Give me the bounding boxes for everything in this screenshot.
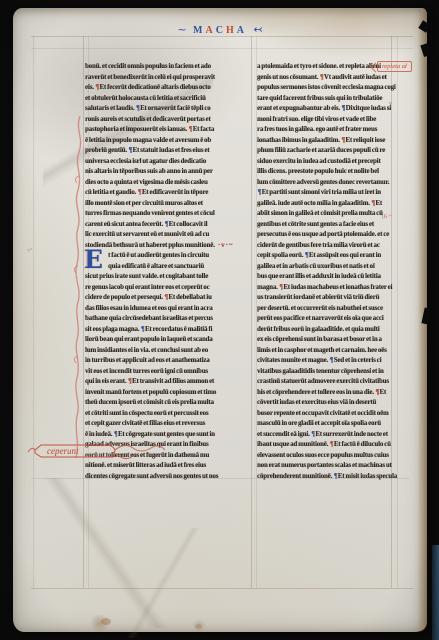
text-line: ronis aureis et scutulis et dedicaverūt … [85,115,250,126]
text-line: bus que erant illis et adduxit in iudeā … [257,272,400,283]
text-line: re genus iacob qui erant inter eos et ce… [85,283,250,294]
text-line: limis et in casphor et mageth et carnaim… [257,346,400,357]
text-line: his et cōprehendere et tollere eos in un… [257,388,400,399]
text-line: ionathas ibimus in galaaditim. ¶Et reliq… [257,136,400,147]
paraph-mark-icon: ¶ [127,378,132,385]
paraph-mark-icon: ¶ [279,284,284,291]
paraph-mark-icon: ¶ [140,326,145,333]
title-left-flourish: ~ [177,23,186,36]
text-line: liorū bean qui erant populo in laqueū et… [85,335,250,346]
text-line: galileā. iude autē octo milia in galaadi… [257,199,400,210]
text-line: raverūt et benedixerūt in celū ei qui pr… [85,73,250,84]
running-title: ~ macha ↢ [13,22,427,38]
text-line: lum insidiantes ei in via. et conclusi s… [85,346,250,357]
text-line: cōvertit iudas et exercitus eius viā in … [257,398,400,409]
ruling-line [251,36,252,588]
text-line: cidere de populo et persequi. ¶Et debell… [85,293,250,304]
paraph-mark-icon: ¶ [341,105,346,112]
text-line: das filios esau in idumea et eos qui era… [85,304,250,315]
text-line: carent eū sicut antea fecerūt. ¶Et collo… [85,220,250,231]
text-line: invenit manū fortem et populū copiosum e… [85,388,250,399]
paraph-mark-icon: ¶ [188,126,193,133]
running-title-letters: macha [193,22,247,37]
marginal-nota-icon: v° [27,248,32,254]
text-line: gentibus et cōtrite sunt gentes a facie … [257,220,400,231]
text-line: ciderūt de gentibus fere tria milia viro… [257,241,400,252]
text-line: tare quid facerent fribus suis qui in tr… [257,94,400,105]
text-column-right: a ptolemaida et tyro et sidone. et reple… [257,62,400,482]
ruling-line [31,588,413,589]
text-line: turres firmas nequando venirent gentes e… [85,209,250,220]
title-letter: a [205,22,215,37]
title-letter: h [226,22,237,37]
text-line: dies octo a quinta et vigesima die mēsis… [85,178,250,189]
paraph-mark-icon: ¶ [371,200,376,207]
text-line: vit eos et incendit turres eorū igni cū … [85,367,250,378]
text-column-left: bonū. et cecidit omnis populus in faciem… [85,62,250,482]
text-line: ¶Et partiti sunt simoni viri tria milia … [257,188,400,199]
text-line: perūt eos pacifice et narraverūt eis oīa… [257,314,400,325]
text-line: dicentes cōgregate sunt adversū nos gent… [85,472,250,483]
text-line: crastinū statuerūt admovere exercitū civ… [257,377,400,388]
text-line: et obtulerūt holocausta cū letitia et sa… [85,94,250,105]
text-line: sit eos plaga magna. ¶Et recordatus ē ma… [85,325,250,336]
text-line: lum cōmittere adversū gentes donec rever… [257,178,400,189]
title-letter: c [216,22,226,37]
text-line: elevassent oculos suos ecce populus mult… [257,451,400,462]
text-line: per desertū. et occurrerūt eis nabuthei … [257,304,400,315]
paraph-mark-icon: ¶ [319,74,324,81]
paraph-mark-icon: ¶ [304,252,309,259]
title-right-flourish: ↢ [253,23,262,36]
paraph-mark-icon: ¶ [329,441,334,448]
text-line: masculū in ore gladii et accepit oīa spo… [257,419,400,430]
title-letter: m [193,22,205,37]
text-line: ex eis cōprehensi sunt in barasa et boso… [257,335,400,346]
text-line: in turribus et applicuit ad eos et anath… [85,356,250,367]
text-line: moni fratri suo. elige tibi viros et vad… [257,115,400,126]
text-line: nis altaris in tēporibus suis ab anno in… [85,167,250,178]
text-line: theū ducem ipsorū et cōmisit cū eis prel… [85,398,250,409]
paraph-mark-icon: ¶ [257,189,262,196]
parchment-leaf: ~ macha ↢ bonū. et cecidit omnis populus… [13,8,427,632]
background-object [432,545,439,640]
text-line: stodiendā bethsurā ut haberet pplus muni… [85,241,250,252]
text-line: universa ecclesia isrl ut agatur dies de… [85,157,250,168]
paraph-mark-icon: ¶ [128,147,133,154]
text-line: erant et expugnabantur ab eis. ¶Dixitque… [257,104,400,115]
text-line: lic exercitū ut servarent eū et munivit … [85,230,250,241]
text-line: vitatibus galaaditidis tenentur cōprehen… [257,367,400,378]
text-line: bonū. et cecidit omnis populus in faciem… [85,62,250,73]
text-line: t factū ē ut audierūt gentes in circuitu [85,251,250,262]
text-line: ē letitia in populo magna valde et avers… [85,136,250,147]
stain [101,618,111,625]
paraph-mark-icon: ¶ [341,137,346,144]
text-line: sicut prius irate sunt valde. et cogitab… [85,272,250,283]
text-line: populus sermones istos cōvenit ecclesia … [257,83,400,94]
stain [195,624,202,629]
text-line: et cepit gazer civitatē et filias eius e… [85,419,250,430]
paraph-mark-icon: ¶ [164,294,169,301]
text-line: cū letitia et gaudio. ¶Et edificaverūt i… [85,188,250,199]
paraph-mark-icon: ¶ [113,431,118,438]
text-line: ibant usque ad munitionē. ¶Et factū ē di… [257,440,400,451]
text-line: probriū gentiū. ¶Et statuit iudas et fre… [85,146,250,157]
chapter-numeral: ·v·~ [215,242,233,249]
text-line: bathane quia circūsedebant israelitas et… [85,314,250,325]
paraph-mark-icon: ¶ [329,357,334,364]
text-line: bosor repente et occupavit civitatē et o… [257,409,400,420]
text-line: pastophoria et imposuerūt eis ianuas. ¶E… [85,125,250,136]
text-line: salutaris et laudis. ¶Et ornaverūt faciē… [85,104,250,115]
crease [103,528,223,638]
text-line: magna. ¶Et iudas machabeus et ionathas f… [257,283,400,294]
text-line: cōprehenderent munitionē. ¶Et misit iuda… [257,472,400,483]
text-line: illo montē sion et per circuitū muros al… [85,199,250,210]
paraph-mark-icon: ¶ [333,473,338,480]
text-line: persecutus ē eos usque ad portā ptolemai… [257,230,400,241]
text-line: cepit spolia eorū. ¶Et assūpsit eos qui … [257,251,400,262]
marginal-banner-ceperunt: ceperunt [25,440,175,470]
marginal-note-top-right: repleta ał [377,61,412,72]
text-line: ē in iudeā. ¶Et cōgregate sunt gentes qu… [85,430,250,441]
text-line: galilea et in arbatis cū uxoribus et nat… [257,262,400,273]
paraph-mark-icon: ¶ [375,389,380,396]
text-line: et cōtriti sunt in cōspectu eorū et perc… [85,409,250,420]
text-line: derūt fribus eorū in galaaditide. et qui… [257,325,400,336]
text-line: non erat numerus portantes scalas et mac… [257,461,400,472]
text-line: genis ut nos cōsumant. ¶Vt audivit autē … [257,73,400,84]
paraph-mark-icon: ¶ [164,221,169,228]
text-line: et succendit eā igni. ¶Et surrexerūt ind… [257,430,400,441]
paraph-mark-icon: ¶ [95,84,100,91]
text-line: phum filiū zacharie et azariā duces popu… [257,146,400,157]
text-line: us transierūt iordanē et abierūt viā tri… [257,293,400,304]
text-line: civitates munite et magne. ¶Sed et in ce… [257,356,400,367]
title-letter: a [237,22,247,37]
paraph-mark-icon: ¶ [135,105,140,112]
text-line: quia edificatū ē altare et sanctuariū [85,262,250,273]
text-line: abiit simon in galileā et cōmisit prelia… [257,209,400,220]
marginal-nota-icon: v [389,101,392,107]
paraph-mark-icon: ¶ [137,189,142,196]
text-line: illis dicens. preestote populo huic et n… [257,167,400,178]
manuscript-photo: ~ macha ↢ bonū. et cecidit omnis populus… [0,0,439,640]
crease [31,478,181,628]
ruling-line [33,36,34,588]
text-line: qui in eis erant. ¶Et transivit ad filio… [85,377,250,388]
chapter-initial: E [84,249,103,271]
paraph-mark-icon: ¶ [311,431,316,438]
text-line: siduo exercitu in iudea ad custodiā et p… [257,157,400,168]
banner-text: ceperunt [47,446,79,456]
text-line: ra fres tuos in galilea. ego autē et fra… [257,125,400,136]
text-line: eis. ¶Et fecerūt dedicationē altaris die… [85,83,250,94]
